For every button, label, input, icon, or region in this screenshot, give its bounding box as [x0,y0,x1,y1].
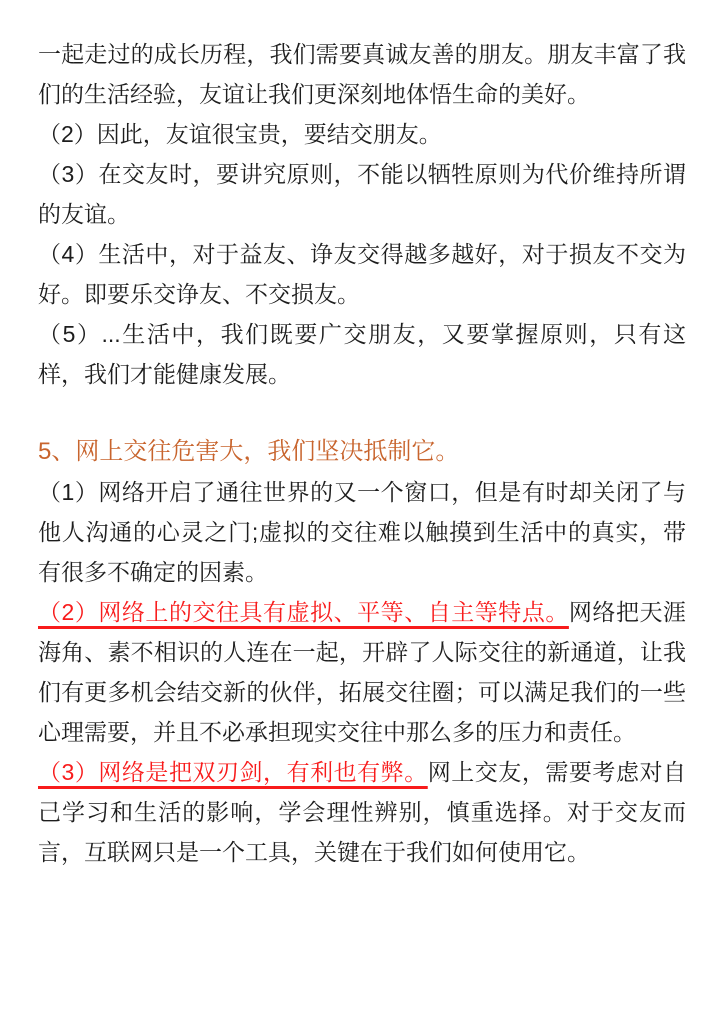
paragraph-friendship-continuation: 一起走过的成长历程，我们需要真诚友善的朋友。朋友丰富了我们的生活经验，友谊让我们… [38,34,686,114]
paragraph-friend-point-4: （4）生活中，对于益友、诤友交得越多越好，对于损友不交为好。即要乐交诤友、不交损… [38,234,686,314]
paragraph-net-point-2: （2）网络上的交往具有虚拟、平等、自主等特点。网络把天涯海角、素不相识的人连在一… [38,592,686,752]
paragraph-friend-point-3: （3）在交友时，要讲究原则，不能以牺牲原则为代价维持所谓的友谊。 [38,154,686,234]
paragraph-net-point-1: （1）网络开启了通往世界的又一个窗口，但是有时却关闭了与他人沟通的心灵之门;虚拟… [38,472,686,592]
highlighted-sentence-net-point-2: （2）网络上的交往具有虚拟、平等、自主等特点。 [38,599,569,625]
paragraph-friend-point-2: （2）因此，友谊很宝贵，要结交朋友。 [38,114,686,154]
paragraph-friend-point-5: （5）...生活中，我们既要广交朋友，又要掌握原则，只有这样，我们才能健康发展。 [38,314,686,394]
section-5-heading: 5、网上交往危害大，我们坚决抵制它。 [38,432,686,472]
document-page: 一起走过的成长历程，我们需要真诚友善的朋友。朋友丰富了我们的生活经验，友谊让我们… [0,0,726,1024]
highlighted-sentence-net-point-3: （3）网络是把双刃剑，有利也有弊。 [38,759,428,785]
paragraph-net-point-3: （3）网络是把双刃剑，有利也有弊。网上交友，需要考虑对自己学习和生活的影响，学会… [38,752,686,872]
